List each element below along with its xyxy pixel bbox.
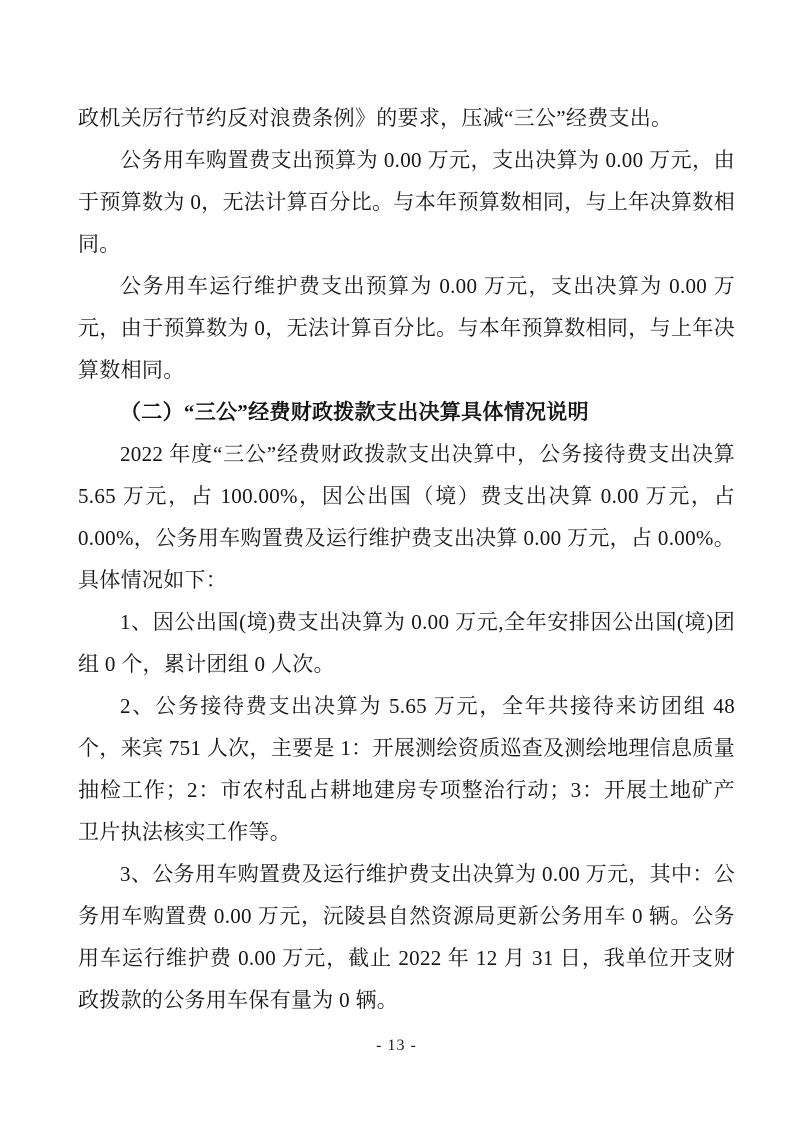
paragraph-overview-2022: 2022 年度“三公”经费财政拨款支出决算中，公务接待费支出决算 5.65 万元… <box>78 433 735 601</box>
paragraph-item-3-vehicles: 3、公务用车购置费及运行维护费支出决算为 0.00 万元，其中：公务用车购置费 … <box>78 853 735 1021</box>
paragraph-car-purchase-budget: 公务用车购置费支出预算为 0.00 万元，支出决算为 0.00 万元，由于预算数… <box>78 139 735 265</box>
paragraph-continued: 政机关厉行节约反对浪费条例》的要求，压减“三公”经费支出。 <box>78 97 735 139</box>
document-content: 政机关厉行节约反对浪费条例》的要求，压减“三公”经费支出。 公务用车购置费支出预… <box>78 97 735 1021</box>
paragraph-item-2-reception: 2、公务接待费支出决算为 5.65 万元，全年共接待来访团组 48 个，来宾 7… <box>78 685 735 853</box>
document-page: 政机关厉行节约反对浪费条例》的要求，压减“三公”经费支出。 公务用车购置费支出预… <box>0 0 793 1122</box>
paragraph-car-maintenance-budget: 公务用车运行维护费支出预算为 0.00 万元，支出决算为 0.00 万元，由于预… <box>78 265 735 391</box>
paragraph-item-1-abroad-trips: 1、因公出国(境)费支出决算为 0.00 万元,全年安排因公出国(境)团组 0 … <box>78 601 735 685</box>
section-heading: （二）“三公”经费财政拨款支出决算具体情况说明 <box>78 391 735 433</box>
page-number: - 13 - <box>0 1036 793 1056</box>
